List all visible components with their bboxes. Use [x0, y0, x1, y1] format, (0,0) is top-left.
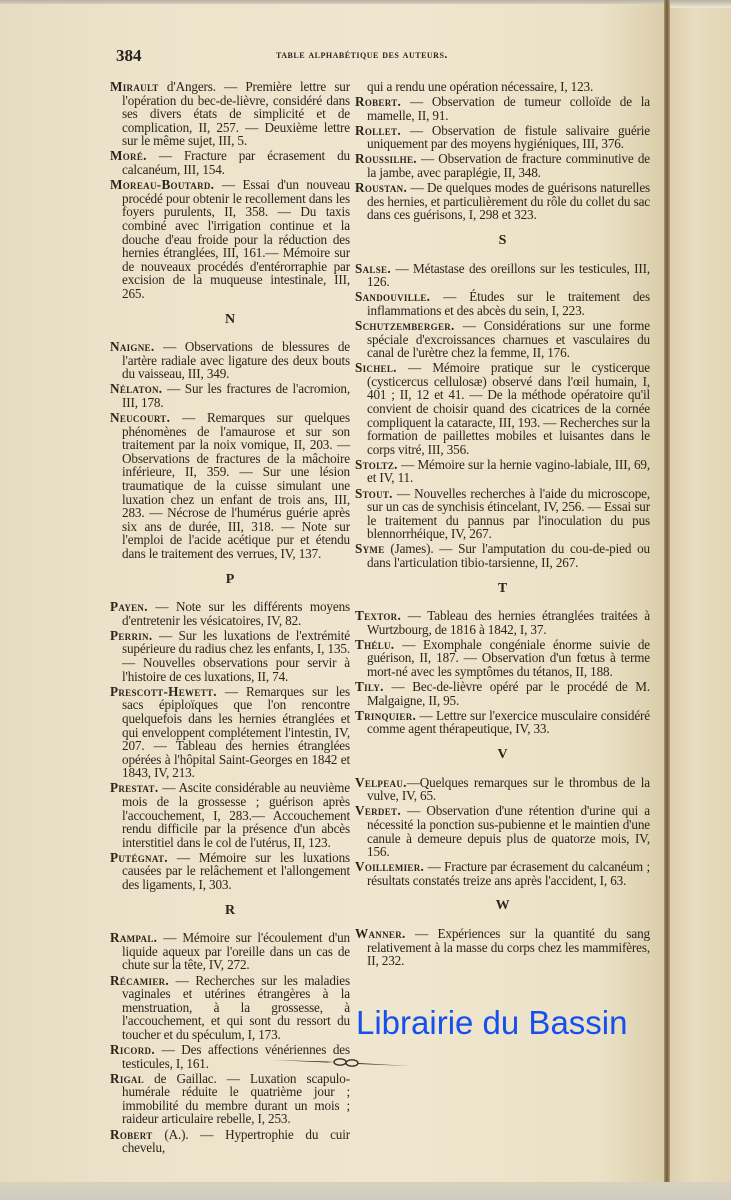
index-entry: Salse. — Métastase des oreillons sur les…	[355, 262, 650, 289]
watermark-text: Librairie du Bassin	[356, 1004, 627, 1042]
entry-description: — Nouvelles recherches à l'aide du micro…	[367, 486, 650, 542]
index-entry: Prescott-Hewett. — Remarques sur les sac…	[110, 685, 350, 780]
entry-description: — Métastase des oreillons sur les testic…	[367, 261, 650, 290]
index-entry: Rampal. — Mémoire sur l'écoulement d'un …	[110, 931, 350, 972]
index-entry: Sandouville. — Études sur le traitement …	[355, 290, 650, 317]
index-entry: Mirault d'Angers. — Première lettre sur …	[110, 80, 350, 148]
index-entry: Thélu. — Exomphale congéniale énorme sui…	[355, 638, 650, 679]
index-entry: Tily. — Bec-de-lièvre opéré par le procé…	[355, 680, 650, 707]
entry-description: — Exomphale congéniale énorme suivie de …	[367, 637, 650, 679]
index-entry: Neucourt. — Remarques sur quelques phéno…	[110, 411, 350, 561]
right-column: qui a rendu une opération nécessaire, I,…	[355, 80, 650, 969]
entry-description: — Note sur les différents moyens d'entre…	[122, 599, 350, 628]
entry-description: de Gaillac. — Luxation scapulo-humérale …	[122, 1071, 350, 1127]
entry-description: — Bec-de-lièvre opéré par le procédé de …	[367, 679, 650, 708]
index-entry: Roustan. — De quelques modes de guérison…	[355, 181, 650, 222]
entry-description: —Quelques remarques sur le thrombus de l…	[367, 775, 650, 804]
index-entry: Nélaton. — Sur les fractures de l'acromi…	[110, 382, 350, 409]
entry-description: (A.). — Hypertrophie du cuir chevelu,	[122, 1127, 350, 1156]
entry-description: (James). — Sur l'amputation du cou-de-pi…	[367, 541, 650, 570]
entry-description: — Observation de fistule salivaire guéri…	[367, 123, 650, 152]
index-entry: Robert. — Observation de tumeur colloïde…	[355, 95, 650, 122]
index-entry: Sichel. — Mémoire pratique sur le cystic…	[355, 361, 650, 456]
bottom-edge	[0, 1182, 731, 1200]
section-letter: W	[355, 899, 650, 913]
index-entry: Textor. — Tableau des hernies étranglées…	[355, 609, 650, 636]
entry-description: — Tableau des hernies étranglées traitée…	[367, 608, 650, 637]
entry-description: — Mémoire sur la hernie vagino-labiale, …	[367, 457, 650, 486]
section-letter: V	[355, 748, 650, 762]
index-entry: Verdet. — Observation d'une rétention d'…	[355, 804, 650, 858]
section-letter: S	[355, 234, 650, 248]
entry-description: — Mémoire pratique sur le cysticerque (c…	[367, 360, 650, 457]
index-entry: Naigne. — Observations de blessures de l…	[110, 340, 350, 381]
index-entry: Perrin. — Sur les luxations de l'extrémi…	[110, 629, 350, 683]
entry-description: — Fracture par écrasement du calcanéum, …	[122, 148, 350, 177]
running-head-title: TABLE ALPHABÉTIQUE DES AUTEURS.	[276, 49, 448, 61]
index-entry: Wanner. — Expériences sur la quantité du…	[355, 927, 650, 968]
index-entry: Stoltz. — Mémoire sur la hernie vagino-l…	[355, 458, 650, 485]
index-entry: Schutzemberger. — Considérations sur une…	[355, 319, 650, 360]
entry-description: — Mémoire sur l'écoulement d'un liquide …	[122, 930, 350, 972]
entry-description: — Essai d'un nouveau procédé pour obteni…	[122, 177, 350, 301]
index-entry: Robert (A.). — Hypertrophie du cuir chev…	[110, 1128, 350, 1155]
entry-description: — Observations de blessures de l'artère …	[122, 339, 350, 381]
running-head: 384 TABLE ALPHABÉTIQUE DES AUTEURS.	[116, 46, 661, 66]
index-entry: Récamier. — Recherches sur les maladies …	[110, 974, 350, 1042]
section-letter: P	[110, 573, 350, 587]
entry-description: — Remarques sur les sacs épiploïques que…	[122, 684, 350, 781]
section-letter: T	[355, 582, 650, 596]
entry-description: — Sur les luxations de l'extrémité supér…	[122, 628, 350, 684]
index-entry: Roussilhe. — Observation de fracture com…	[355, 152, 650, 179]
index-entry: Velpeau.—Quelques remarques sur le throm…	[355, 776, 650, 803]
entry-description: — Expériences sur la quantité du sang re…	[367, 926, 650, 968]
index-entry: Trinquier. — Lettre sur l'exercice muscu…	[355, 709, 650, 736]
page-number: 384	[116, 46, 142, 66]
index-entry: Rigal de Gaillac. — Luxation scapulo-hum…	[110, 1072, 350, 1126]
index-entry: Payen. — Note sur les différents moyens …	[110, 600, 350, 627]
entry-description: — Observation de tumeur colloïde de la m…	[367, 94, 650, 123]
entry-continuation: qui a rendu une opération nécessaire, I,…	[355, 80, 650, 94]
index-entry: Stout. — Nouvelles recherches à l'aide d…	[355, 487, 650, 541]
ornament-divider-icon	[272, 1055, 412, 1069]
index-entry: Syme (James). — Sur l'amputation du cou-…	[355, 542, 650, 569]
index-entry: Moré. — Fracture par écrasement du calca…	[110, 149, 350, 176]
entry-description: — Remarques sur quelques phénomènes de l…	[122, 410, 350, 561]
index-entry: Rollet. — Observation de fistule salivai…	[355, 124, 650, 151]
entry-description: — Observation d'une rétention d'urine qu…	[367, 803, 650, 859]
index-entry: Prestat. — Ascite considérable au neuviè…	[110, 781, 350, 849]
facing-page-edge	[670, 8, 731, 1200]
index-entry: Voillemier. — Fracture par écrasement du…	[355, 860, 650, 887]
entry-description: — De quelques modes de guérisons naturel…	[367, 180, 650, 222]
index-entry: Putégnat. — Mémoire sur les luxations ca…	[110, 851, 350, 892]
left-column: Mirault d'Angers. — Première lettre sur …	[110, 80, 350, 1156]
section-letter: R	[110, 904, 350, 918]
section-letter: N	[110, 313, 350, 327]
index-entry: Moreau-Boutard. — Essai d'un nouveau pro…	[110, 178, 350, 300]
book-gutter	[664, 0, 670, 1200]
